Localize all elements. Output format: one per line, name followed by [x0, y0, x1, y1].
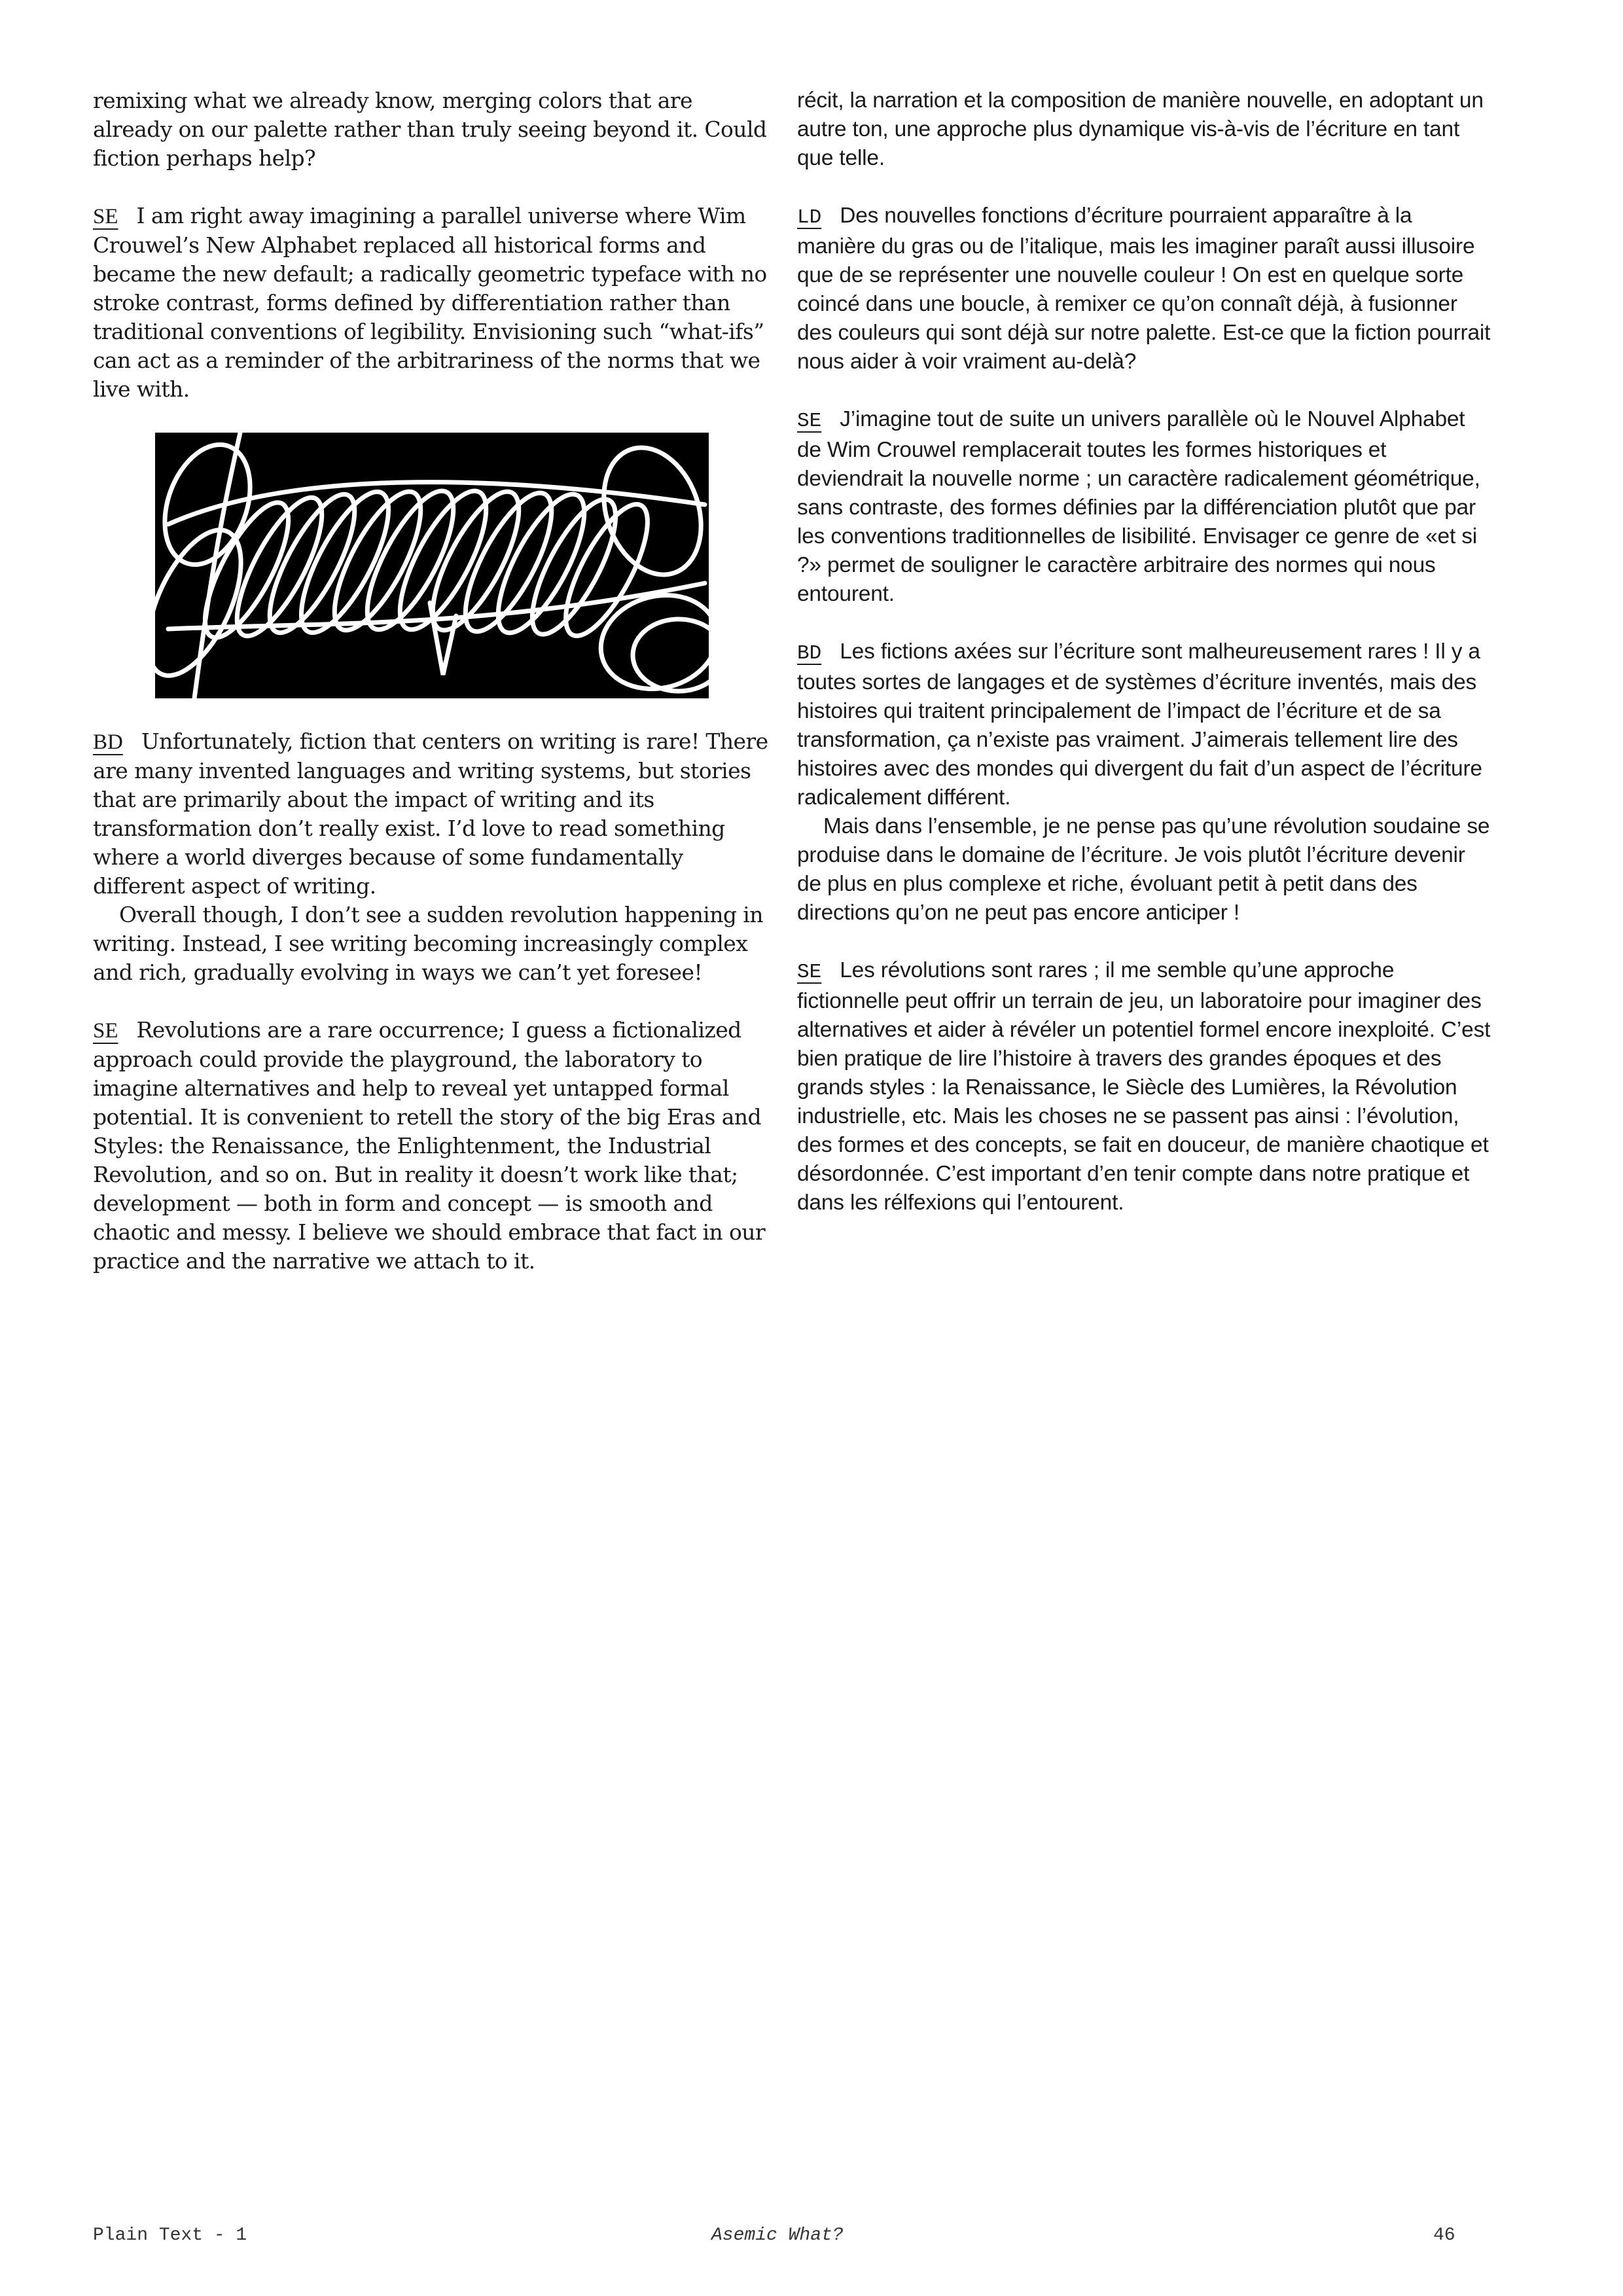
intro-paragraph: remixing what we already know, merging c… [93, 86, 774, 173]
speaker-label: SE [797, 410, 821, 433]
paragraph-text: Revolutions are a rare occurrence; I gue… [93, 1017, 765, 1274]
running-footer-title: Asemic What? [711, 2225, 844, 2246]
french-column: récit, la narration et la composition de… [797, 86, 1491, 1246]
dialogue-paragraph-se: SELes révolutions sont rares ; il me sem… [797, 956, 1491, 1217]
speaker-label: SE [93, 205, 118, 228]
page-number: 46 [1433, 2225, 1455, 2246]
paragraph-text: Unfortunately, fiction that centers on w… [93, 728, 768, 899]
paragraph-text: J’imagine tout de suite un univers paral… [797, 407, 1480, 606]
english-column: remixing what we already know, merging c… [93, 86, 774, 1304]
paragraph-text: Des nouvelles fonctions d’écriture pourr… [797, 204, 1490, 374]
paragraph-text: Les fictions axées sur l’écriture sont m… [797, 639, 1482, 810]
dialogue-paragraph-se: SEJ’imagine tout de suite un univers par… [797, 405, 1491, 609]
intro-paragraph: récit, la narration et la composition de… [797, 86, 1491, 173]
dialogue-paragraph-bd: BDLes fictions axées sur l’écriture sont… [797, 637, 1491, 927]
dialogue-paragraph-ld: LDDes nouvelles fonctions d’écriture pou… [797, 202, 1491, 376]
paragraph-text: récit, la narration et la composition de… [797, 86, 1491, 173]
paragraph-text: Les révolutions sont rares ; il me sembl… [797, 958, 1490, 1215]
paragraph-text: I am right away imagining a parallel uni… [93, 203, 767, 402]
dialogue-paragraph-se: SERevolutions are a rare occurrence; I g… [93, 1016, 774, 1276]
dialogue-paragraph-se: SEI am right away imagining a parallel u… [93, 202, 774, 404]
paragraph-text-continued: Overall though, I don’t see a sudden rev… [93, 901, 774, 987]
speaker-label: SE [93, 1019, 118, 1043]
speaker-label: BD [93, 730, 123, 754]
running-footer-left: Plain Text - 1 [93, 2225, 247, 2246]
speaker-label: BD [797, 642, 821, 665]
page-footer: Plain Text - 1 Asemic What? 46 [93, 2225, 1467, 2258]
speaker-label: LD [797, 206, 821, 229]
speaker-label: SE [797, 961, 821, 984]
paragraph-text-continued: Mais dans l’ensemble, je ne pense pas qu… [797, 812, 1491, 927]
dialogue-paragraph-bd: BDUnfortunately, fiction that centers on… [93, 727, 774, 987]
paragraph-text: remixing what we already know, merging c… [93, 86, 774, 173]
asemic-scribble-image [155, 433, 709, 698]
scribble-drawing-icon [155, 433, 709, 698]
